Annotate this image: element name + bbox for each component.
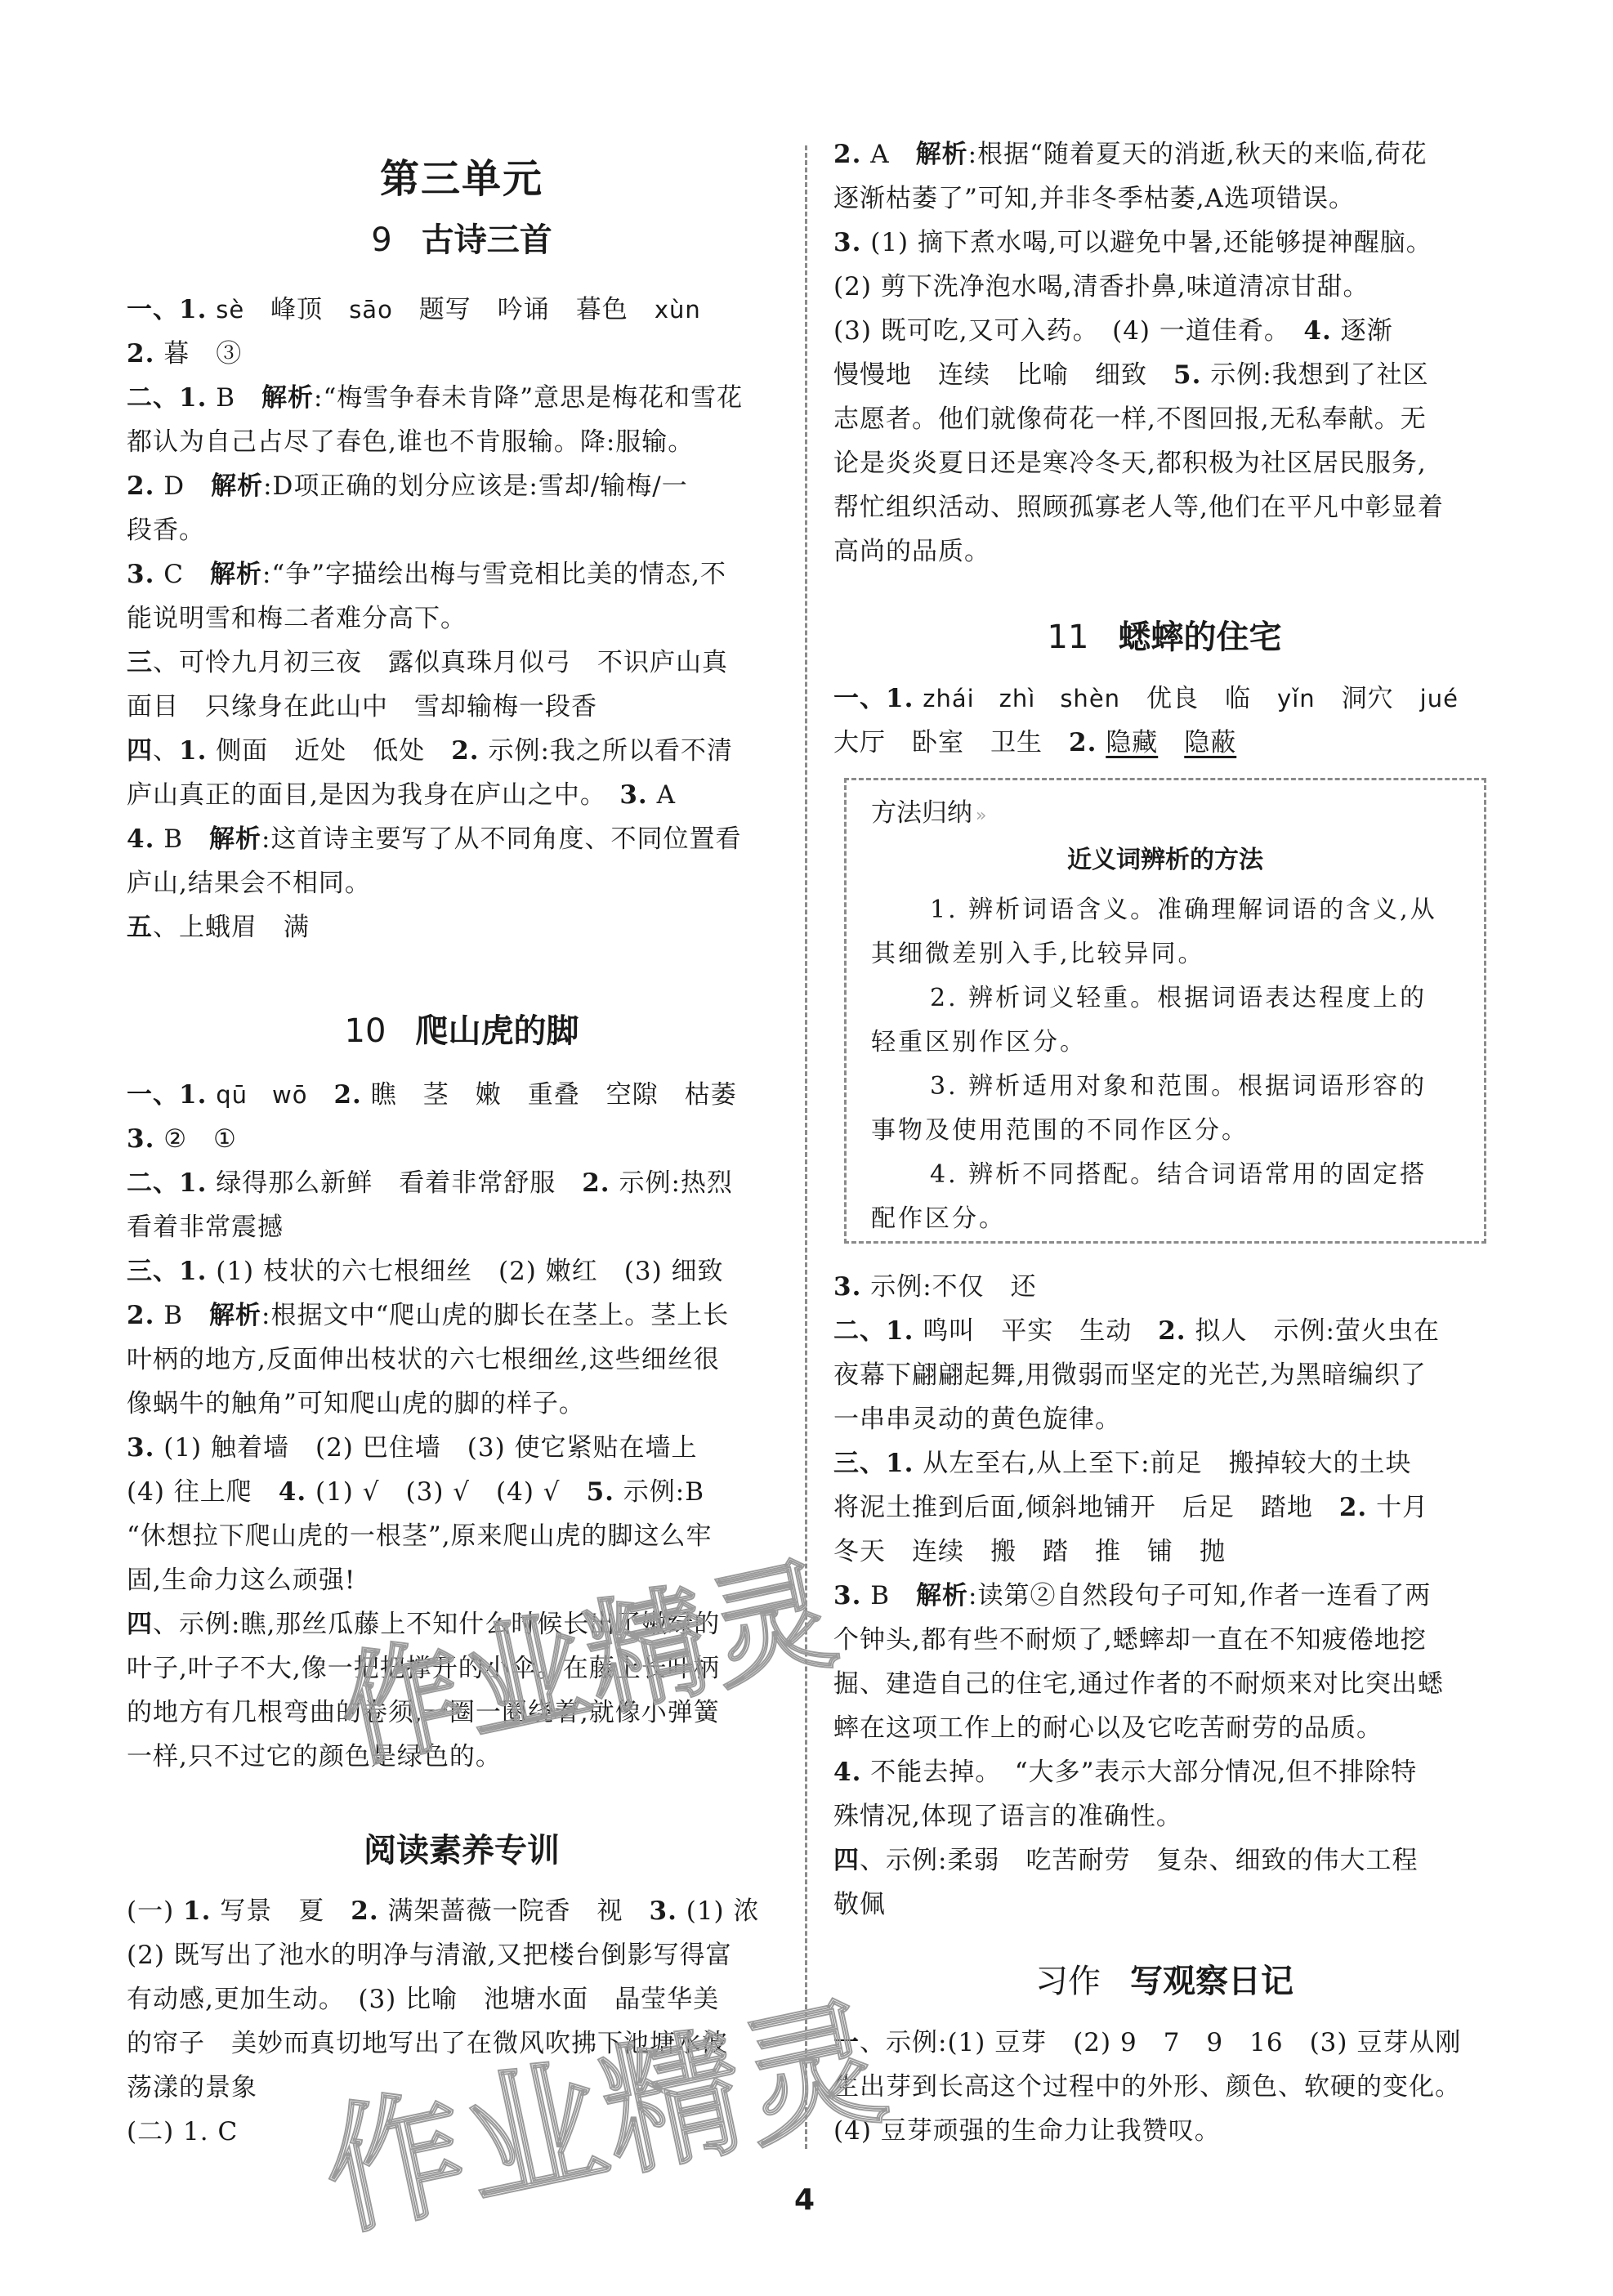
- answer-line: 4. 不能去掉。 “大多”表示大部分情况,但不排除特: [833, 1750, 1495, 1794]
- answer-text: “休想拉下爬山虎的一根茎”,原来爬山虎的脚这么牢: [127, 1521, 713, 1551]
- answer-line: 三、1. (1) 枝状的六七根细丝 (2) 嫩红 (3) 细致: [127, 1249, 797, 1293]
- answer-line: 固,生命力这么顽强!: [127, 1558, 797, 1602]
- answer-line: 3. C 解析:“争”字描绘出梅与雪竞相比美的情态,不: [127, 552, 797, 596]
- answer-line: 3. (1) 摘下煮水喝,可以避免中暑,还能够提神醒脑。: [833, 221, 1495, 265]
- answer-text: 志愿者。他们就像荷花一样,不图回报,无私奉献。无: [833, 404, 1427, 434]
- answer-label: 一、1.: [833, 684, 914, 713]
- answer-line: 三、可怜九月初三夜 露似真珠月似弓 不识庐山真: [127, 641, 797, 685]
- answer-label: 3.: [127, 1124, 154, 1154]
- answer-line: 帮忙组织活动、照顾孤寡老人等,他们在平凡中彰显着: [833, 485, 1495, 529]
- method-box-title: 近义词辨析的方法: [847, 839, 1484, 875]
- answer-line: 都认为自己占尽了春色,谁也不肯服输。降:服输。: [127, 420, 797, 464]
- answer-label: 一、1.: [127, 1080, 207, 1110]
- method-line: 事物及使用范围的不同作区分。: [871, 1109, 1468, 1153]
- answer-line: 4. B 解析:这首诗主要写了从不同角度、不同位置看: [127, 817, 797, 861]
- answer-line: 四、示例:瞧,那丝瓜藤上不知什么时候长出了嫩绿的: [127, 1602, 797, 1646]
- answer-label: 解析: [210, 560, 262, 589]
- answer-label: 二、1.: [127, 1168, 207, 1198]
- answer-line: (一) 1. 写景 夏 2. 满架蔷薇一院香 视 3. (1) 浓: [127, 1889, 797, 1933]
- answer-text: A: [861, 140, 915, 169]
- answer-line: (二) 1. C: [127, 2110, 797, 2154]
- answer-text: 能说明雪和梅二者难分高下。: [127, 604, 467, 633]
- answer-text: 掘、建造自己的住宅,通过作者的不耐烦来对比突出蟋: [833, 1669, 1444, 1699]
- answer-text: 大厅 卧室 卫生: [833, 728, 1069, 757]
- answer-text: :读第②自然段句子可知,作者一连看了两: [968, 1581, 1431, 1610]
- answer-text: 题写 吟诵 暮色: [393, 295, 655, 324]
- answer-label: 3.: [650, 1896, 677, 1926]
- answer-text: 满架蔷薇一院香 视: [379, 1896, 650, 1926]
- answer-label: 解析: [211, 471, 263, 501]
- answer-line: 将泥土推到后面,倾斜地铺开 后足 踏地 2. 十月: [833, 1485, 1495, 1530]
- answer-line: 四、1. 侧面 近处 低处 2. 示例:我之所以看不清: [127, 729, 797, 773]
- answer-text: 高尚的品质。: [833, 537, 990, 566]
- answer-text: 荡漾的景象: [127, 2073, 257, 2102]
- pinyin-text: qū wō: [216, 1081, 307, 1109]
- answer-line: 一、1. sè 峰顶 sāo 题写 吟诵 暮色 xùn: [127, 288, 797, 332]
- answer-line: 段香。: [127, 508, 797, 552]
- answer-line: 3. (1) 触着墙 (2) 巴住墙 (3) 使它紧贴在墙上: [127, 1426, 797, 1470]
- answer-label: 解析: [261, 383, 314, 413]
- answer-label: 3.: [833, 228, 861, 257]
- answer-label: 5.: [1173, 360, 1201, 390]
- answer-line: 2. 暮 ③: [127, 332, 797, 376]
- answer-line: 的帘子 美妙而真切地写出了在微风吹拂下池塘水波: [127, 2021, 797, 2066]
- pinyin-text: xùn: [655, 296, 701, 324]
- answer-text: 有动感,更加生动。 (3) 比喻 池塘水面 晶莹华美: [127, 1985, 719, 2014]
- answer-label: 三: [127, 648, 153, 677]
- writing-title: 写观察日记: [1130, 1963, 1294, 2000]
- answer-label: 4.: [127, 824, 154, 854]
- answer-text: C: [154, 560, 210, 589]
- answer-label: 3.: [127, 560, 154, 589]
- answer-line: 一、1. zhái zhì shèn 优良 临 yǐn 洞穴 jué: [833, 677, 1495, 721]
- answer-text: 洞穴: [1316, 684, 1420, 713]
- answer-text: (4) 往上爬: [127, 1477, 279, 1507]
- pinyin-text: jué: [1420, 685, 1459, 712]
- answer-label: 1.: [183, 1896, 211, 1926]
- answer-text: 叶子,叶子不大,像一把把撑开的小伞。在藤上长叶柄: [127, 1654, 720, 1683]
- method-line: 配作区分。: [871, 1197, 1468, 1241]
- answer-text: (二) 1. C: [127, 2117, 238, 2146]
- answer-label: 2.: [833, 140, 861, 169]
- answer-label: 四: [127, 1610, 153, 1639]
- answer-line: 2. A 解析:根据“随着夏天的消逝,秋天的来临,荷花: [833, 132, 1495, 176]
- answer-text: D: [154, 471, 211, 501]
- answer-label: 2.: [127, 471, 154, 501]
- answer-text: 从左至右,从上至下:前足 搬掉较大的土块: [914, 1449, 1411, 1478]
- answer-text: 固,生命力这么顽强!: [127, 1566, 355, 1595]
- lesson-10-heading: 10爬山虎的脚: [127, 1005, 797, 1052]
- answer-label: 四: [833, 1846, 860, 1875]
- answer-line: 庐山,结果会不相同。: [127, 861, 797, 905]
- method-summary-box: 方法归纳» 近义词辨析的方法 1. 辨析词语含义。准确理解词语的含义,从其细微差…: [844, 778, 1486, 1244]
- answer-text: :“梅雪争春未肯降”意思是梅花和雪花: [314, 383, 743, 413]
- method-line: 1. 辨析词语含义。准确理解词语的含义,从: [871, 888, 1526, 932]
- answer-line: 2. B 解析:根据文中“爬山虎的脚长在茎上。茎上长: [127, 1293, 797, 1338]
- answer-text: :这首诗主要写了从不同角度、不同位置看: [261, 824, 741, 854]
- answer-label: 4.: [279, 1477, 306, 1507]
- answer-text: 优良 临: [1120, 684, 1277, 713]
- answer-text: 十月: [1367, 1493, 1428, 1522]
- answer-text: 帮忙组织活动、照顾孤寡老人等,他们在平凡中彰显着: [833, 493, 1444, 522]
- answer-line: 3. B 解析:读第②自然段句子可知,作者一连看了两: [833, 1574, 1495, 1618]
- method-box-label: 方法归纳»: [871, 792, 986, 829]
- answer-line: 三、1. 从左至右,从上至下:前足 搬掉较大的土块: [833, 1441, 1495, 1485]
- answer-line: 的地方有几根弯曲的卷须,一圈一圈绕着,就像小弹簧: [127, 1691, 797, 1735]
- answer-text: B: [207, 383, 261, 413]
- pinyin-text: zhái zhì shèn: [923, 685, 1120, 712]
- answer-text: [207, 295, 216, 324]
- answer-line: 敬佩: [833, 1883, 1495, 1927]
- answer-line: (2) 剪下洗净泡水喝,清香扑鼻,味道清凉甘甜。: [833, 265, 1495, 309]
- answer-text: 敬佩: [833, 1890, 886, 1919]
- answer-label: 一、1.: [127, 295, 207, 324]
- answer-line: 慢慢地 连续 比喻 细致 5. 示例:我想到了社区: [833, 353, 1495, 397]
- answer-text: 段香。: [127, 516, 205, 545]
- answer-text: [1158, 728, 1184, 757]
- lesson-11-heading: 11蟋蟀的住宅: [833, 611, 1495, 658]
- answer-text: 、示例:(1) 豆芽 (2) 9 7 9 16 (3) 豆芽从刚: [860, 2028, 1461, 2057]
- answer-text: [914, 684, 923, 713]
- answer-text: 逐渐: [1332, 316, 1393, 346]
- answer-line: 叶子,叶子不大,像一把把撑开的小伞。在藤上长叶柄: [127, 1646, 797, 1691]
- method-line: 2. 辨析词义轻重。根据词语表达程度上的: [871, 976, 1526, 1021]
- answer-label: 五: [127, 913, 153, 942]
- unit-title: 第三单元: [127, 147, 797, 203]
- answer-text: 将泥土推到后面,倾斜地铺开 后足 踏地: [833, 1493, 1339, 1522]
- answer-text: 隐蔽: [1184, 728, 1236, 757]
- answer-label: 4.: [1303, 316, 1331, 346]
- answer-text: :根据文中“爬山虎的脚长在茎上。茎上长: [261, 1301, 729, 1330]
- answer-line: “休想拉下爬山虎的一根茎”,原来爬山虎的脚这么牢: [127, 1514, 797, 1558]
- answer-text: 冬天 连续 搬 踏 推 铺 抛: [833, 1537, 1226, 1566]
- answer-line: 冬天 连续 搬 踏 推 铺 抛: [833, 1530, 1495, 1574]
- pinyin-text: yǐn: [1277, 685, 1316, 712]
- answer-text: 个钟头,都有些不耐烦了,蟋蟀却一直在不知疲倦地挖: [833, 1625, 1427, 1655]
- answer-text: 蟀在这项工作上的耐心以及它吃苦耐劳的品质。: [833, 1713, 1383, 1743]
- page-number: 4: [794, 2183, 815, 2217]
- answer-text: (1) 枝状的六七根细丝 (2) 嫩红 (3) 细致: [207, 1257, 723, 1286]
- answer-text: (1) 触着墙 (2) 巴住墙 (3) 使它紧贴在墙上: [154, 1433, 697, 1463]
- answer-line: 二、1. 鸣叫 平实 生动 2. 拟人 示例:萤火虫在: [833, 1309, 1495, 1353]
- answer-text: 示例:不仅 还: [861, 1272, 1036, 1302]
- answer-text: (一): [127, 1896, 183, 1926]
- answer-text: 都认为自己占尽了春色,谁也不肯服输。降:服输。: [127, 427, 694, 457]
- answer-line: 荡漾的景象: [127, 2066, 797, 2110]
- answer-line: 一串串灵动的黄色旋律。: [833, 1397, 1495, 1441]
- answer-text: 示例:我之所以看不清: [480, 736, 733, 766]
- answer-text: [207, 1080, 216, 1110]
- answer-line: 一、1. qū wō 2. 瞧 茎 嫩 重叠 空隙 枯萎: [127, 1073, 797, 1117]
- answer-line: (3) 既可吃,又可入药。 (4) 一道佳肴。 4. 逐渐: [833, 309, 1495, 353]
- answer-line: (2) 既写出了池水的明净与清澈,又把楼台倒影写得富: [127, 1933, 797, 1977]
- answer-text: 瞧 茎 嫩 重叠 空隙 枯萎: [362, 1080, 737, 1110]
- answer-line: 面目 只缘身在此山中 雪却输梅一段香: [127, 685, 797, 729]
- answer-line: 生出芽到长高这个过程中的外形、颜色、软硬的变化。: [833, 2065, 1495, 2109]
- answer-label: 二、1.: [127, 383, 207, 413]
- answer-text: 殊情况,体现了语言的准确性。: [833, 1802, 1182, 1831]
- answer-text: [1097, 728, 1106, 757]
- answer-line: 五、上蛾眉 满: [127, 905, 797, 949]
- answer-text: 一串串灵动的黄色旋律。: [833, 1405, 1121, 1434]
- answer-line: 四、示例:柔弱 吃苦耐劳 复杂、细致的伟大工程: [833, 1838, 1495, 1883]
- pinyin-text: sè: [216, 296, 244, 324]
- writing-label: 习作: [1035, 1963, 1101, 2000]
- answer-line: 大厅 卧室 卫生 2. 隐藏 隐蔽: [833, 721, 1495, 765]
- answer-line: 蟀在这项工作上的耐心以及它吃苦耐劳的品质。: [833, 1706, 1495, 1750]
- answer-label: 4.: [833, 1758, 861, 1787]
- answer-line: 像蜗牛的触角”可知爬山虎的脚的样子。: [127, 1382, 797, 1426]
- answer-text: 像蜗牛的触角”可知爬山虎的脚的样子。: [127, 1389, 585, 1418]
- answer-text: 慢慢地 连续 比喻 细致: [833, 360, 1173, 390]
- answer-text: 夜幕下翩翩起舞,用微弱而坚定的光芒,为黑暗编织了: [833, 1360, 1427, 1390]
- answer-label: 2.: [127, 339, 154, 369]
- method-label-text: 方法归纳: [871, 798, 972, 828]
- answer-text: 一样,只不过它的颜色是绿色的。: [127, 1742, 502, 1771]
- answer-text: 、可怜九月初三夜 露似真珠月似弓 不识庐山真: [153, 648, 728, 677]
- answer-text: 峰顶: [244, 295, 349, 324]
- answer-line: 叶柄的地方,反面伸出枝状的六七根细丝,这些细丝很: [127, 1338, 797, 1382]
- method-line: 轻重区别作区分。: [871, 1021, 1468, 1065]
- answer-text: 、上蛾眉 满: [153, 913, 310, 942]
- answer-label: 四: [127, 736, 153, 766]
- answer-text: 庐山,结果会不相同。: [127, 869, 371, 898]
- answer-text: 侧面 近处 低处: [207, 736, 451, 766]
- answer-text: 暮 ③: [154, 339, 242, 369]
- answer-text: (1) √ (3) √ (4) √: [306, 1477, 586, 1507]
- answer-line: 一样,只不过它的颜色是绿色的。: [127, 1735, 797, 1779]
- answer-label: 3.: [127, 1433, 154, 1463]
- answer-line: 掘、建造自己的住宅,通过作者的不耐烦来对比突出蟋: [833, 1662, 1495, 1706]
- answer-label: 3.: [833, 1581, 861, 1610]
- lesson-9-heading: 9古诗三首: [127, 214, 797, 261]
- answer-text: 逐渐枯萎了”可知,并非冬季枯萎,A选项错误。: [833, 184, 1355, 213]
- answer-text: 、: [153, 736, 179, 766]
- answer-text: 写景 夏: [211, 1896, 351, 1926]
- answer-line: 二、1. B 解析:“梅雪争春未肯降”意思是梅花和雪花: [127, 376, 797, 420]
- pinyin-text: sāo: [349, 296, 393, 324]
- answer-text: B: [154, 1301, 209, 1330]
- answer-line: 志愿者。他们就像荷花一样,不图回报,无私奉献。无: [833, 397, 1495, 441]
- answer-text: 示例:B: [614, 1477, 704, 1507]
- answer-line: 高尚的品质。: [833, 529, 1495, 574]
- answer-text: 庐山真正的面目,是因为我身在庐山之中。: [127, 780, 619, 810]
- answer-text: :“争”字描绘出梅与雪竞相比美的情态,不: [262, 560, 726, 589]
- answer-line: 2. D 解析:D项正确的划分应该是:雪却/输梅/一: [127, 464, 797, 508]
- answer-label: 解析: [209, 1301, 261, 1330]
- answer-label: 三、1.: [127, 1257, 207, 1286]
- method-line: 4. 辨析不同搭配。结合词语常用的固定搭: [871, 1153, 1526, 1197]
- answer-text: 示例:热烈: [610, 1168, 733, 1198]
- answer-line: 殊情况,体现了语言的准确性。: [833, 1794, 1495, 1838]
- answer-label: 三、1.: [833, 1449, 914, 1478]
- method-line: 3. 辨析适用对象和范围。根据词语形容的: [871, 1065, 1526, 1109]
- answer-line: 能说明雪和梅二者难分高下。: [127, 596, 797, 641]
- answer-text: (2) 剪下洗净泡水喝,清香扑鼻,味道清凉甘甜。: [833, 272, 1369, 302]
- answer-label: 2.: [351, 1896, 378, 1926]
- column-divider: [805, 145, 807, 2149]
- answer-text: ② ①: [154, 1124, 236, 1154]
- answer-text: B: [154, 824, 209, 854]
- answer-text: 、示例:柔弱 吃苦耐劳 复杂、细致的伟大工程: [860, 1846, 1418, 1875]
- answer-text: 看着非常震撼: [127, 1213, 284, 1242]
- answer-label: 2.: [333, 1080, 361, 1110]
- answer-text: 绿得那么新鲜 看着非常舒服: [207, 1168, 582, 1198]
- answer-text: 示例:我想到了社区: [1201, 360, 1428, 390]
- answer-line: 逐渐枯萎了”可知,并非冬季枯萎,A选项错误。: [833, 176, 1495, 221]
- answer-label: 2.: [1158, 1316, 1186, 1346]
- answer-line: (4) 往上爬 4. (1) √ (3) √ (4) √ 5. 示例:B: [127, 1470, 797, 1514]
- answer-text: A: [648, 780, 676, 810]
- answer-line: 一、示例:(1) 豆芽 (2) 9 7 9 16 (3) 豆芽从刚: [833, 2021, 1495, 2065]
- answer-line: 论是炎炎夏日还是寒冷冬天,都积极为社区居民服务,: [833, 441, 1495, 485]
- reading-heading: 阅读素养专训: [127, 1825, 797, 1871]
- answer-line: 3. ② ①: [127, 1117, 797, 1161]
- answer-line: 庐山真正的面目,是因为我身在庐山之中。 3. A: [127, 773, 797, 817]
- double-chevron-right-icon: »: [976, 806, 986, 826]
- answer-text: :根据“随着夏天的消逝,秋天的来临,荷花: [968, 140, 1428, 169]
- answer-label: 1.: [179, 736, 207, 766]
- lesson-number: 11: [1048, 619, 1089, 656]
- answer-label: 二、1.: [833, 1316, 914, 1346]
- answer-text: 面目 只缘身在此山中 雪却输梅一段香: [127, 692, 597, 721]
- answer-text: (3) 既可吃,又可入药。 (4) 一道佳肴。: [833, 316, 1303, 346]
- answer-text: (1) 浓: [677, 1896, 760, 1926]
- answer-text: 鸣叫 平实 生动: [914, 1316, 1158, 1346]
- answer-label: 3.: [619, 780, 647, 810]
- answer-line: 有动感,更加生动。 (3) 比喻 池塘水面 晶莹华美: [127, 1977, 797, 2021]
- answer-text: 论是炎炎夏日还是寒冷冬天,都积极为社区居民服务,: [833, 449, 1427, 478]
- answer-line: 个钟头,都有些不耐烦了,蟋蟀却一直在不知疲倦地挖: [833, 1618, 1495, 1662]
- answer-label: 2.: [127, 1301, 154, 1330]
- answer-line: 看着非常震撼: [127, 1205, 797, 1249]
- answer-text: 拟人 示例:萤火虫在: [1186, 1316, 1440, 1346]
- answer-label: 3.: [833, 1272, 861, 1302]
- answer-text: :D项正确的划分应该是:雪却/输梅/一: [263, 471, 688, 501]
- answer-text: 不能去掉。 “大多”表示大部分情况,但不排除特: [861, 1758, 1417, 1787]
- lesson-title: 爬山虎的脚: [415, 1012, 579, 1050]
- answer-text: 的帘子 美妙而真切地写出了在微风吹拂下池塘水波: [127, 2029, 728, 2058]
- answer-text: 的地方有几根弯曲的卷须,一圈一圈绕着,就像小弹簧: [127, 1698, 720, 1727]
- answer-label: 2.: [1069, 728, 1097, 757]
- lesson-number: 9: [371, 221, 391, 259]
- answer-line: 3. 示例:不仅 还: [833, 1265, 1495, 1309]
- answer-text: 、示例:瞧,那丝瓜藤上不知什么时候长出了嫩绿的: [153, 1610, 720, 1639]
- lesson-title: 蟋蟀的住宅: [1118, 619, 1281, 656]
- section-title: 阅读素养专训: [364, 1832, 560, 1869]
- answer-label: 2.: [451, 736, 479, 766]
- lesson-number: 10: [345, 1012, 386, 1050]
- writing-heading: 习作写观察日记: [833, 1955, 1495, 2002]
- lesson-title: 古诗三首: [422, 221, 552, 259]
- answer-label: 解析: [916, 140, 968, 169]
- answer-label: 一: [833, 2028, 860, 2057]
- answer-text: (1) 摘下煮水喝,可以避免中暑,还能够提神醒脑。: [861, 228, 1432, 257]
- answer-label: 5.: [587, 1477, 614, 1507]
- answer-line: 夜幕下翩翩起舞,用微弱而坚定的光芒,为黑暗编织了: [833, 1353, 1495, 1397]
- answer-text: B: [861, 1581, 916, 1610]
- answer-line: (4) 豆芽顽强的生命力让我赞叹。: [833, 2109, 1495, 2153]
- answer-text: 叶柄的地方,反面伸出枝状的六七根细丝,这些细丝很: [127, 1345, 720, 1374]
- answer-label: 2.: [582, 1168, 610, 1198]
- method-line: 其细微差别入手,比较异同。: [871, 932, 1468, 976]
- answer-label: 解析: [209, 824, 261, 854]
- answer-line: 二、1. 绿得那么新鲜 看着非常舒服 2. 示例:热烈: [127, 1161, 797, 1205]
- answer-label: 解析: [916, 1581, 968, 1610]
- answer-text: (2) 既写出了池水的明净与清澈,又把楼台倒影写得富: [127, 1941, 732, 1970]
- answer-label: 2.: [1339, 1493, 1367, 1522]
- answer-text: (4) 豆芽顽强的生命力让我赞叹。: [833, 2116, 1221, 2146]
- answer-text: 生出芽到长高这个过程中的外形、颜色、软硬的变化。: [833, 2072, 1461, 2102]
- answer-text: [307, 1080, 333, 1110]
- answer-text: 隐藏: [1106, 728, 1158, 757]
